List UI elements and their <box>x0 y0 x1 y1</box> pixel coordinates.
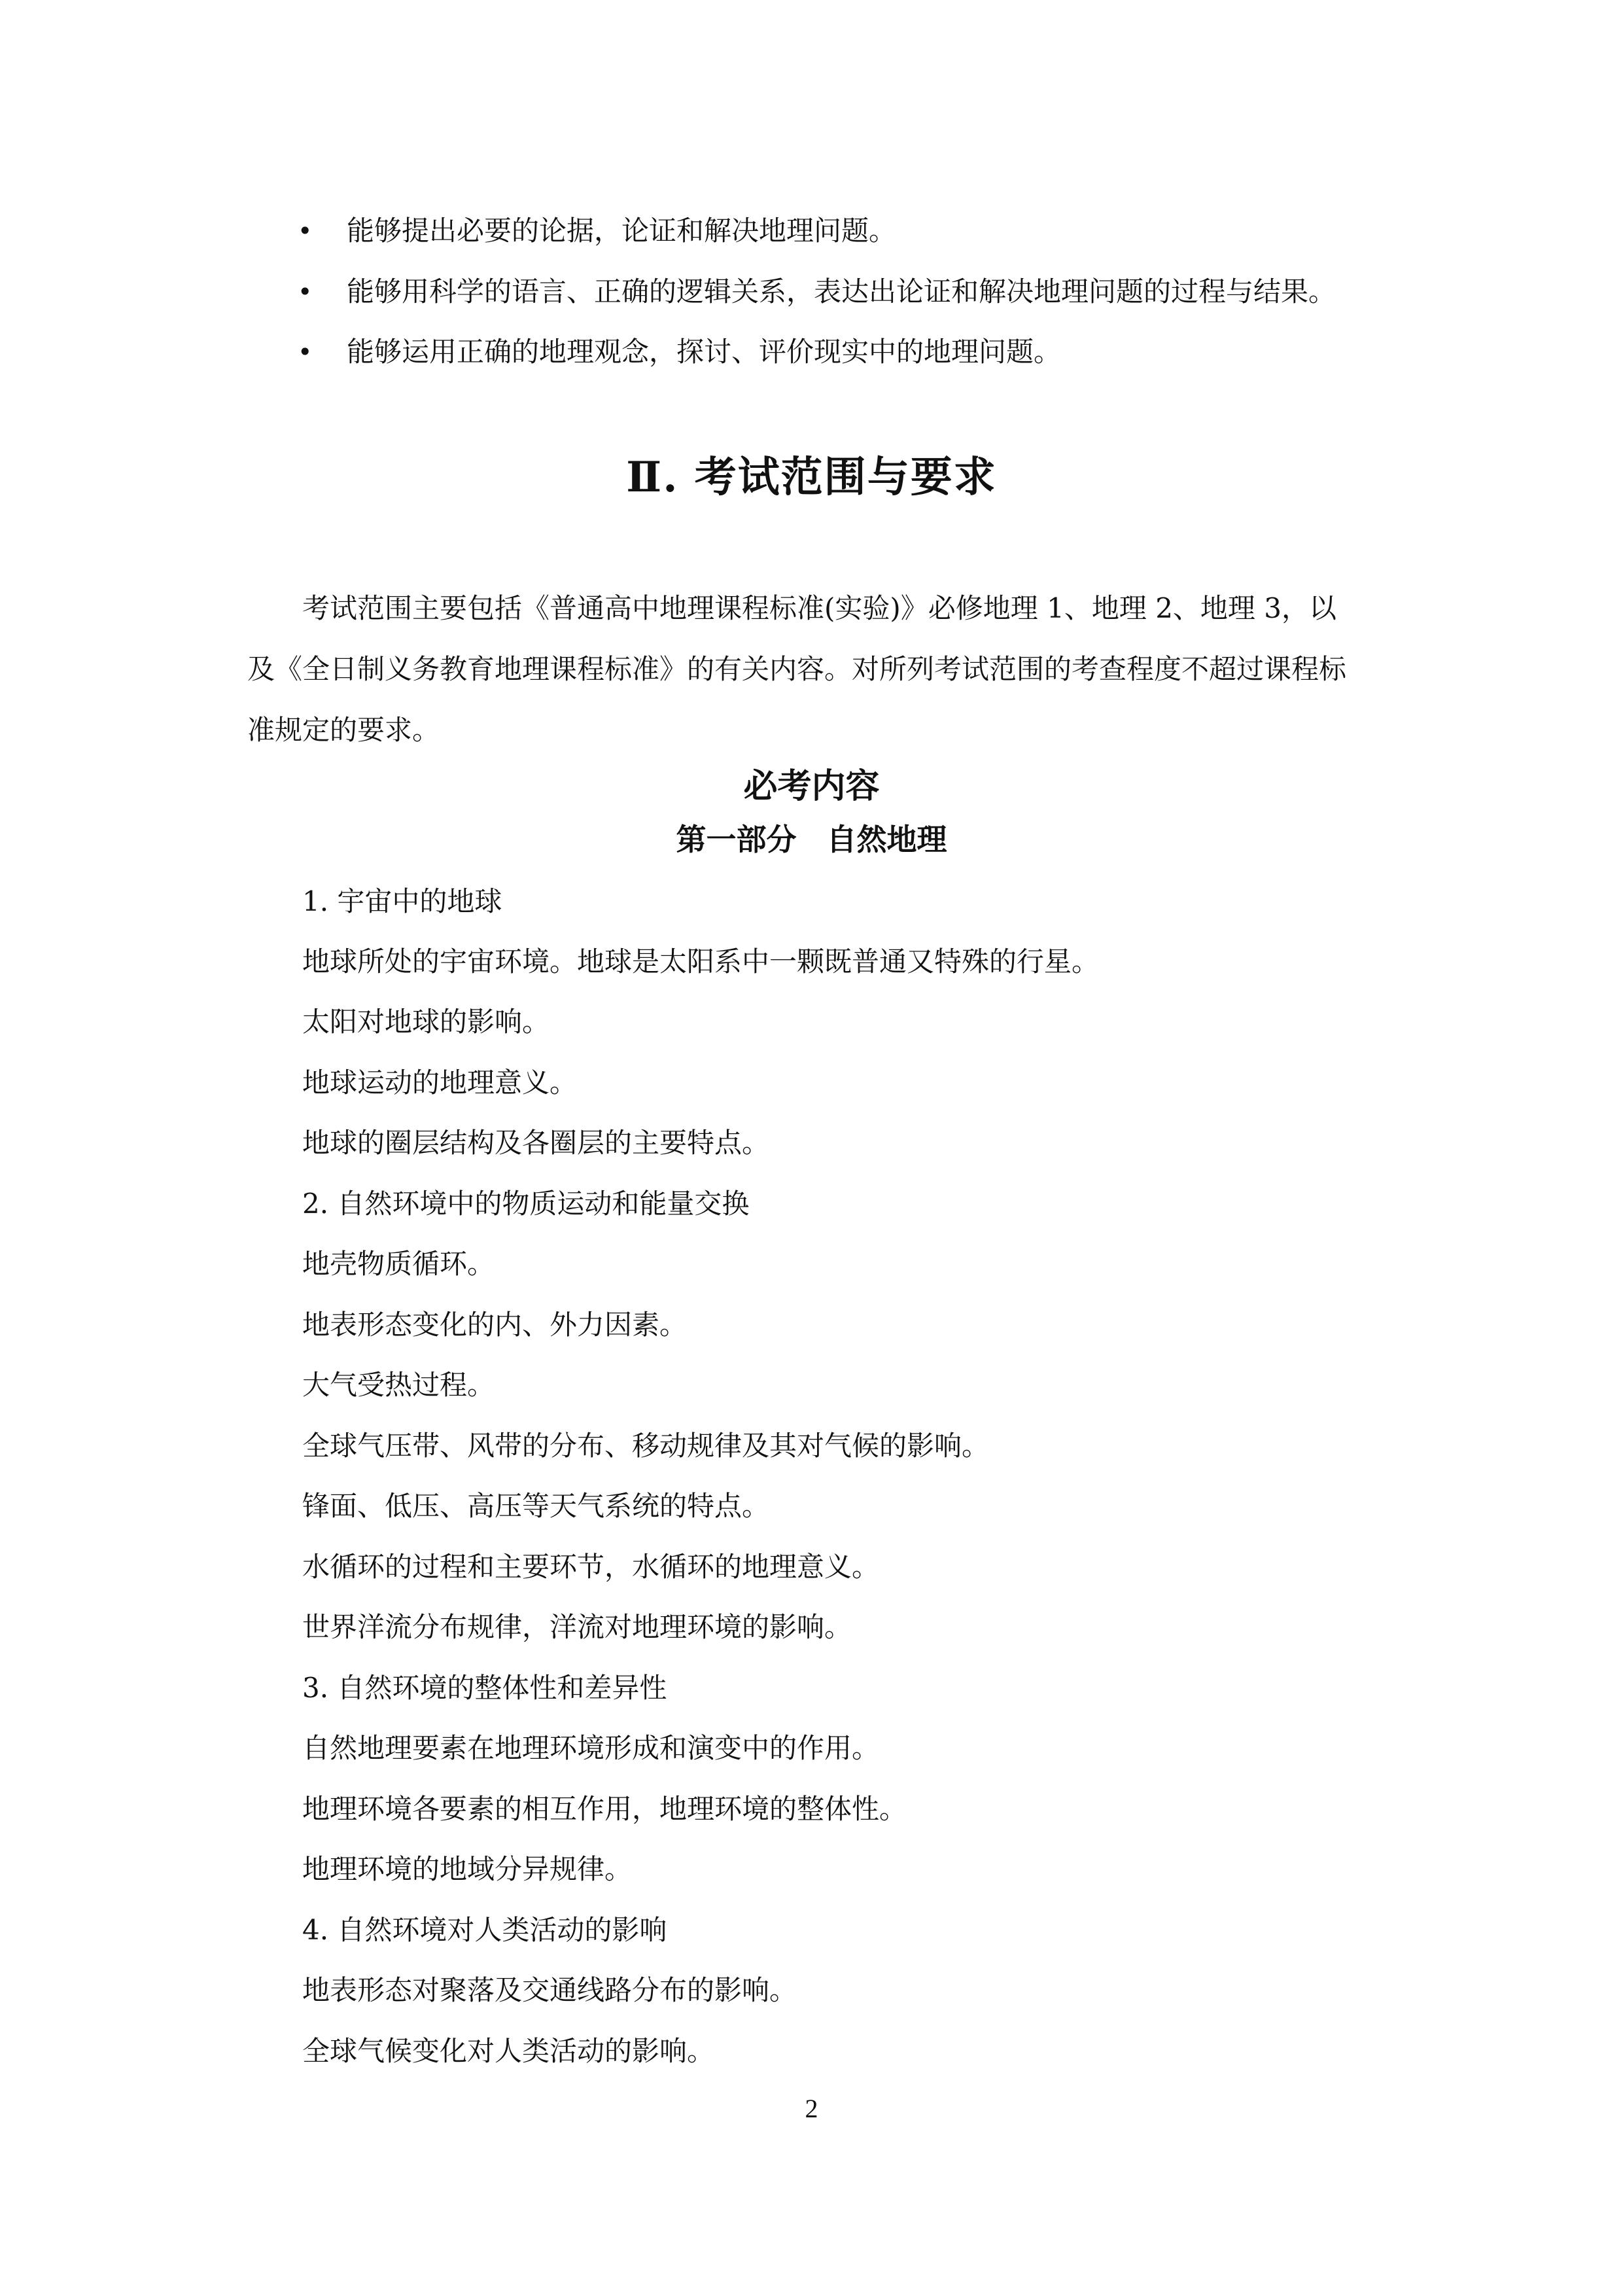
intro-paragraph: 考试范围主要包括《普通高中地理课程标准(实验)》必修地理 1、地理 2、地理 3… <box>247 578 1379 760</box>
bullet-icon: • <box>298 275 317 308</box>
bullet-icon: • <box>298 336 317 368</box>
content-line: 地表形态变化的内、外力因素。 <box>302 1309 687 1341</box>
content-line: 世界洋流分布规律，洋流对地理环境的影响。 <box>302 1611 852 1644</box>
content-line: 水循环的过程和主要环节，水循环的地理意义。 <box>302 1551 879 1583</box>
bullet-text: 能够用科学的语言、正确的逻辑关系，表达出论证和解决地理问题的过程与结果。 <box>347 275 1336 308</box>
paragraph-line: 考试范围主要包括《普通高中地理课程标准(实验)》必修地理 1、地理 2、地理 3… <box>247 578 1379 639</box>
content-line: 太阳对地球的影响。 <box>302 1006 550 1038</box>
bullet-text: 能够运用正确的地理观念，探讨、评价现实中的地理问题。 <box>347 336 1061 368</box>
content-line: 全球气压带、风带的分布、移动规律及其对气候的影响。 <box>302 1430 989 1462</box>
content-line: 全球气候变化对人类活动的影响。 <box>302 2035 714 2068</box>
content-line: 大气受热过程。 <box>302 1369 495 1402</box>
section-heading: Ⅱ. 考试范围与要求 <box>0 451 1623 504</box>
content-line: 地球运动的地理意义。 <box>302 1067 577 1099</box>
required-content-heading: 必考内容 <box>0 766 1623 807</box>
content-line: 地球的圈层结构及各圈层的主要特点。 <box>302 1127 769 1159</box>
content-line: 地表形态对聚落及交通线路分布的影响。 <box>302 1974 797 2007</box>
paragraph-line: 及《全日制义务教育地理课程标准》的有关内容。对所列考试范围的考查程度不超过课程标 <box>247 639 1379 699</box>
content-line: 地理环境的地域分异规律。 <box>302 1853 632 1886</box>
content-line: 地壳物质循环。 <box>302 1248 495 1280</box>
content-line: 自然地理要素在地理环境形成和演变中的作用。 <box>302 1732 879 1765</box>
content-line: 地理环境各要素的相互作用，地理环境的整体性。 <box>302 1793 907 1826</box>
content-line: 地球所处的宇宙环境。地球是太阳系中一颗既普通又特殊的行星。 <box>302 945 1099 978</box>
part-heading: 第一部分 自然地理 <box>0 821 1623 858</box>
page-number: 2 <box>0 2093 1623 2125</box>
paragraph-line: 准规定的要求。 <box>247 699 1379 760</box>
bullet-text: 能够提出必要的论据，论证和解决地理问题。 <box>347 215 896 247</box>
topic-heading-2: 2. 自然环境中的物质运动和能量交换 <box>302 1188 749 1220</box>
content-line: 锋面、低压、高压等天气系统的特点。 <box>302 1490 769 1523</box>
topic-heading-4: 4. 自然环境对人类活动的影响 <box>302 1914 667 1947</box>
topic-heading-1: 1. 宇宙中的地球 <box>302 885 502 918</box>
bullet-icon: • <box>298 215 317 247</box>
topic-heading-3: 3. 自然环境的整体性和差异性 <box>302 1672 667 1704</box>
document-page: • 能够提出必要的论据，论证和解决地理问题。 • 能够用科学的语言、正确的逻辑关… <box>0 0 1623 2296</box>
